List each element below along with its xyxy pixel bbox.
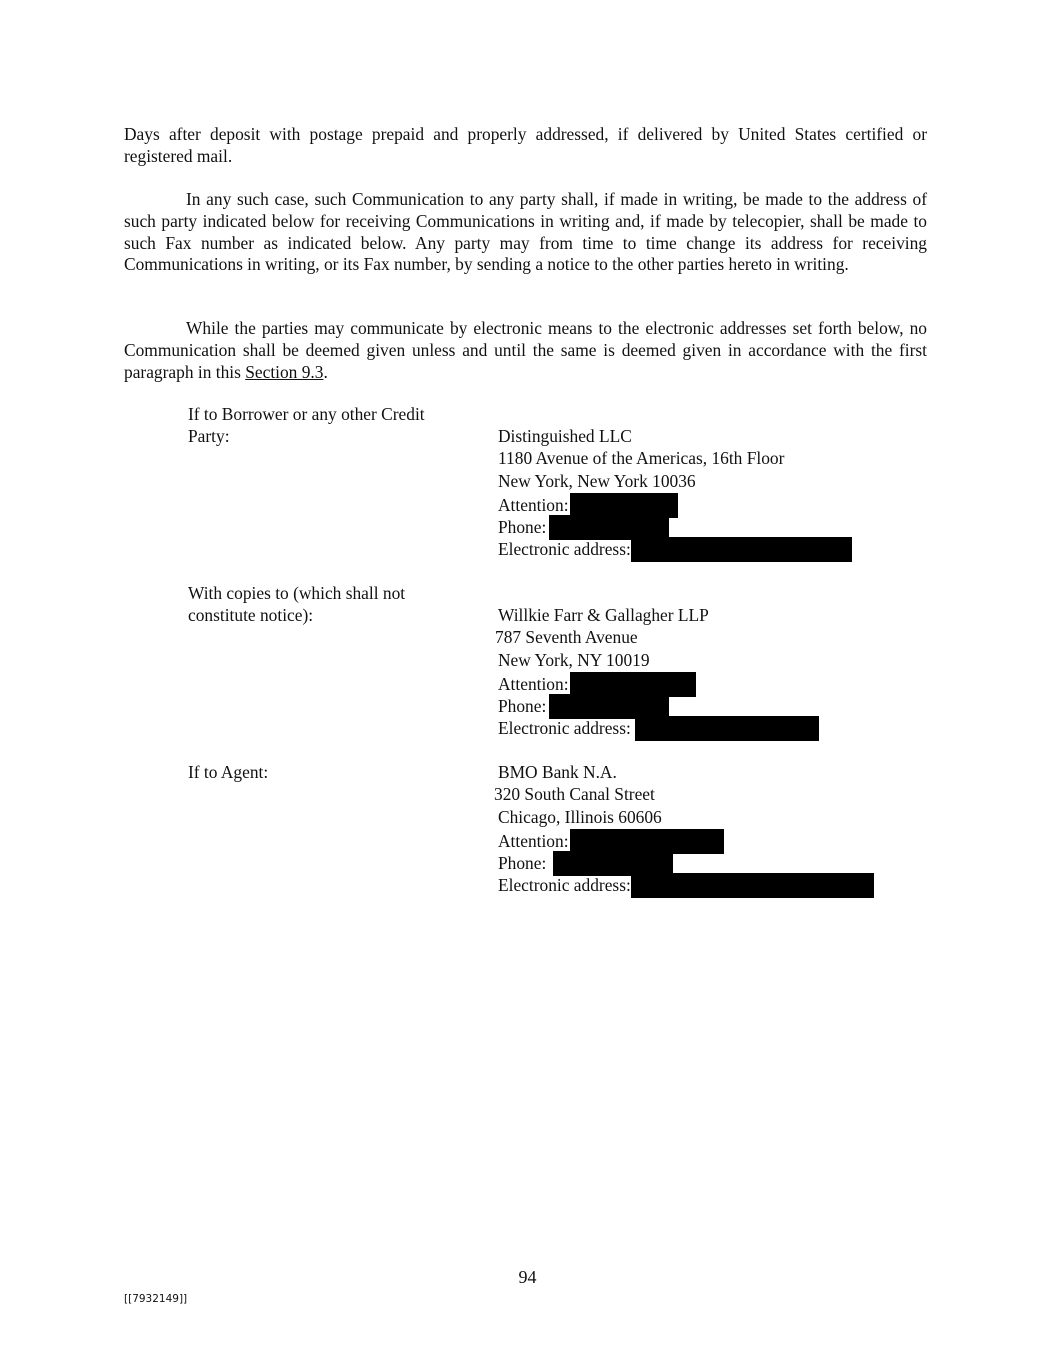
phone-line: Phone: bbox=[498, 851, 874, 873]
document-id: [[7932149]] bbox=[124, 1289, 187, 1311]
notice-address: Willkie Farr & Gallagher LLP 787 Seventh… bbox=[498, 605, 819, 739]
paragraph-end: . bbox=[323, 362, 327, 382]
notice-label-line: If to Agent: bbox=[188, 762, 468, 784]
address-line-2: New York, NY 10019 bbox=[498, 650, 819, 672]
paragraph-communication-address: In any such case, such Communication to … bbox=[124, 189, 927, 276]
notice-label: If to Agent: bbox=[188, 762, 468, 784]
redaction-bar-attention bbox=[570, 672, 696, 697]
address-line-2: Chicago, Illinois 60606 bbox=[498, 807, 874, 829]
attention-line: Attention: bbox=[498, 829, 874, 851]
attention-label: Attention: bbox=[498, 831, 569, 851]
notice-label-line: Party: bbox=[188, 426, 468, 448]
notice-label: If to Borrower or any other Credit Party… bbox=[188, 404, 468, 449]
redaction-bar-phone bbox=[553, 851, 673, 876]
paragraph-delivery-mail: Days after deposit with postage prepaid … bbox=[124, 124, 927, 168]
page-number: 94 bbox=[0, 1267, 1055, 1289]
notice-label-line: With copies to (which shall not bbox=[188, 583, 468, 605]
phone-line: Phone: bbox=[498, 515, 852, 537]
notice-label-line: constitute notice): bbox=[188, 605, 468, 627]
email-line: Electronic address: bbox=[498, 537, 852, 559]
email-label: Electronic address: bbox=[498, 539, 631, 559]
email-line: Electronic address: bbox=[498, 716, 819, 738]
redaction-bar-phone bbox=[549, 694, 669, 719]
address-line-1: 320 South Canal Street bbox=[494, 784, 874, 806]
notice-label-line: If to Borrower or any other Credit bbox=[188, 404, 468, 426]
notice-address: BMO Bank N.A. 320 South Canal Street Chi… bbox=[498, 762, 874, 896]
redaction-bar-email bbox=[631, 537, 852, 562]
phone-line: Phone: bbox=[498, 694, 819, 716]
attention-label: Attention: bbox=[498, 674, 569, 694]
section-reference-link: Section 9.3 bbox=[245, 362, 323, 382]
paragraph-electronic-means: While the parties may communicate by ele… bbox=[124, 318, 927, 383]
recipient-name: Willkie Farr & Gallagher LLP bbox=[498, 605, 819, 627]
phone-label: Phone: bbox=[498, 696, 546, 716]
recipient-name: Distinguished LLC bbox=[498, 426, 852, 448]
attention-line: Attention: bbox=[498, 493, 852, 515]
redaction-bar-attention bbox=[570, 829, 724, 854]
email-line: Electronic address: bbox=[498, 873, 874, 895]
redaction-bar-phone bbox=[549, 515, 669, 540]
recipient-name: BMO Bank N.A. bbox=[498, 762, 874, 784]
phone-label: Phone: bbox=[498, 517, 546, 537]
redaction-bar-email bbox=[635, 716, 819, 741]
phone-label: Phone: bbox=[498, 853, 546, 873]
address-line-1: 787 Seventh Avenue bbox=[495, 627, 819, 649]
email-label: Electronic address: bbox=[498, 875, 631, 895]
attention-line: Attention: bbox=[498, 672, 819, 694]
redaction-bar-attention bbox=[570, 493, 678, 518]
address-line-2: New York, New York 10036 bbox=[498, 471, 852, 493]
attention-label: Attention: bbox=[498, 495, 569, 515]
redaction-bar-email bbox=[631, 873, 874, 898]
address-line-1: 1180 Avenue of the Americas, 16th Floor bbox=[498, 448, 852, 470]
email-label: Electronic address: bbox=[498, 718, 631, 738]
notice-address: Distinguished LLC 1180 Avenue of the Ame… bbox=[498, 426, 852, 560]
notice-label: With copies to (which shall not constitu… bbox=[188, 583, 468, 628]
